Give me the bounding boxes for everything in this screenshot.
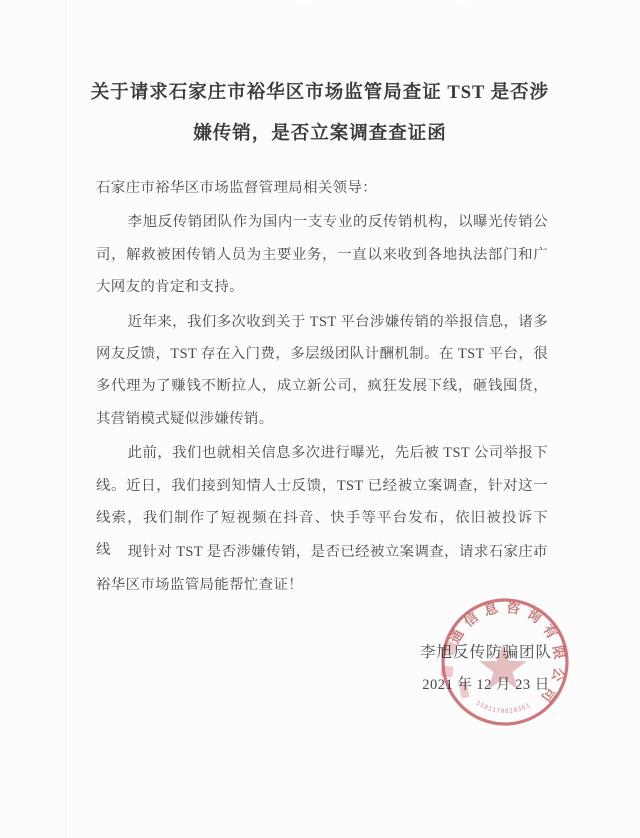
seal-serial-number: 1101170020361 bbox=[475, 700, 532, 716]
letter-body: 石家庄市裕华区市场监督管理局相关领导： 李旭反传销团队作为国内一支专业的反传销机… bbox=[96, 172, 548, 601]
svg-text:1101170020361: 1101170020361 bbox=[475, 700, 532, 716]
body-line: 大网友的肯定和支持。 bbox=[96, 271, 548, 303]
title-line: 嫌传销，是否立案调查查证函 bbox=[0, 114, 640, 155]
body-line: 司，解救被困传销人员为主要业务，一直以来收到各地执法部门和广 bbox=[96, 239, 548, 271]
letter-page: 关于请求石家庄市裕华区市场监管局查证 TST 是否涉 嫌传销，是否立案调查查证函… bbox=[0, 0, 640, 838]
body-line: 李旭反传销团队作为国内一支专业的反传销机构，以曝光传销公 bbox=[96, 206, 548, 238]
letter-title: 关于请求石家庄市裕华区市场监管局查证 TST 是否涉 嫌传销，是否立案调查查证函 bbox=[0, 73, 640, 155]
body-line: 此前，我们也就相关信息多次进行曝光，先后被 TST 公司举报下 bbox=[96, 437, 548, 469]
body-line: 网友反馈，TST 存在入门费，多层级团队计酬机制。在 TST 平台，很 bbox=[96, 338, 548, 370]
salutation-paragraph: 石家庄市裕华区市场监督管理局相关领导： bbox=[96, 172, 548, 204]
seal-faded-marks bbox=[440, 640, 469, 699]
paragraph: 此前，我们也就相关信息多次进行曝光，先后被 TST 公司举报下 线。近日，我们接… bbox=[96, 437, 548, 534]
body-line: 现针对 TST 是否涉嫌传销，是否已经被立案调查，请求石家庄市 bbox=[96, 536, 548, 568]
salutation: 石家庄市裕华区市场监督管理局相关领导： bbox=[96, 172, 548, 204]
title-line: 关于请求石家庄市裕华区市场监管局查证 TST 是否涉 bbox=[0, 73, 640, 114]
scan-smudge bbox=[295, 0, 313, 5]
company-seal: 通信息咨询有限公司 1101170020361 bbox=[423, 580, 587, 744]
body-line: 多代理为了赚钱不断拉人，成立新公司，疯狂发展下线，砸钱囤货， bbox=[96, 370, 548, 402]
paragraph: 李旭反传销团队作为国内一支专业的反传销机构，以曝光传销公 司，解救被困传销人员为… bbox=[96, 206, 548, 303]
body-line: 近年来，我们多次收到关于 TST 平台涉嫌传销的举报信息，诸多 bbox=[96, 306, 548, 338]
scan-smudge bbox=[455, 0, 471, 5]
paragraph: 近年来，我们多次收到关于 TST 平台涉嫌传销的举报信息，诸多 网友反馈，TST… bbox=[96, 306, 548, 436]
body-line: 其营销模式疑似涉嫌传销。 bbox=[96, 403, 548, 435]
seal-star-icon bbox=[479, 644, 527, 689]
body-line: 线索，我们制作了短视频在抖音、快手等平台发布，依旧被投诉下线。 bbox=[96, 502, 548, 534]
body-line: 线。近日，我们接到知情人士反馈，TST 已经被立案调查，针对这一 bbox=[96, 470, 548, 502]
